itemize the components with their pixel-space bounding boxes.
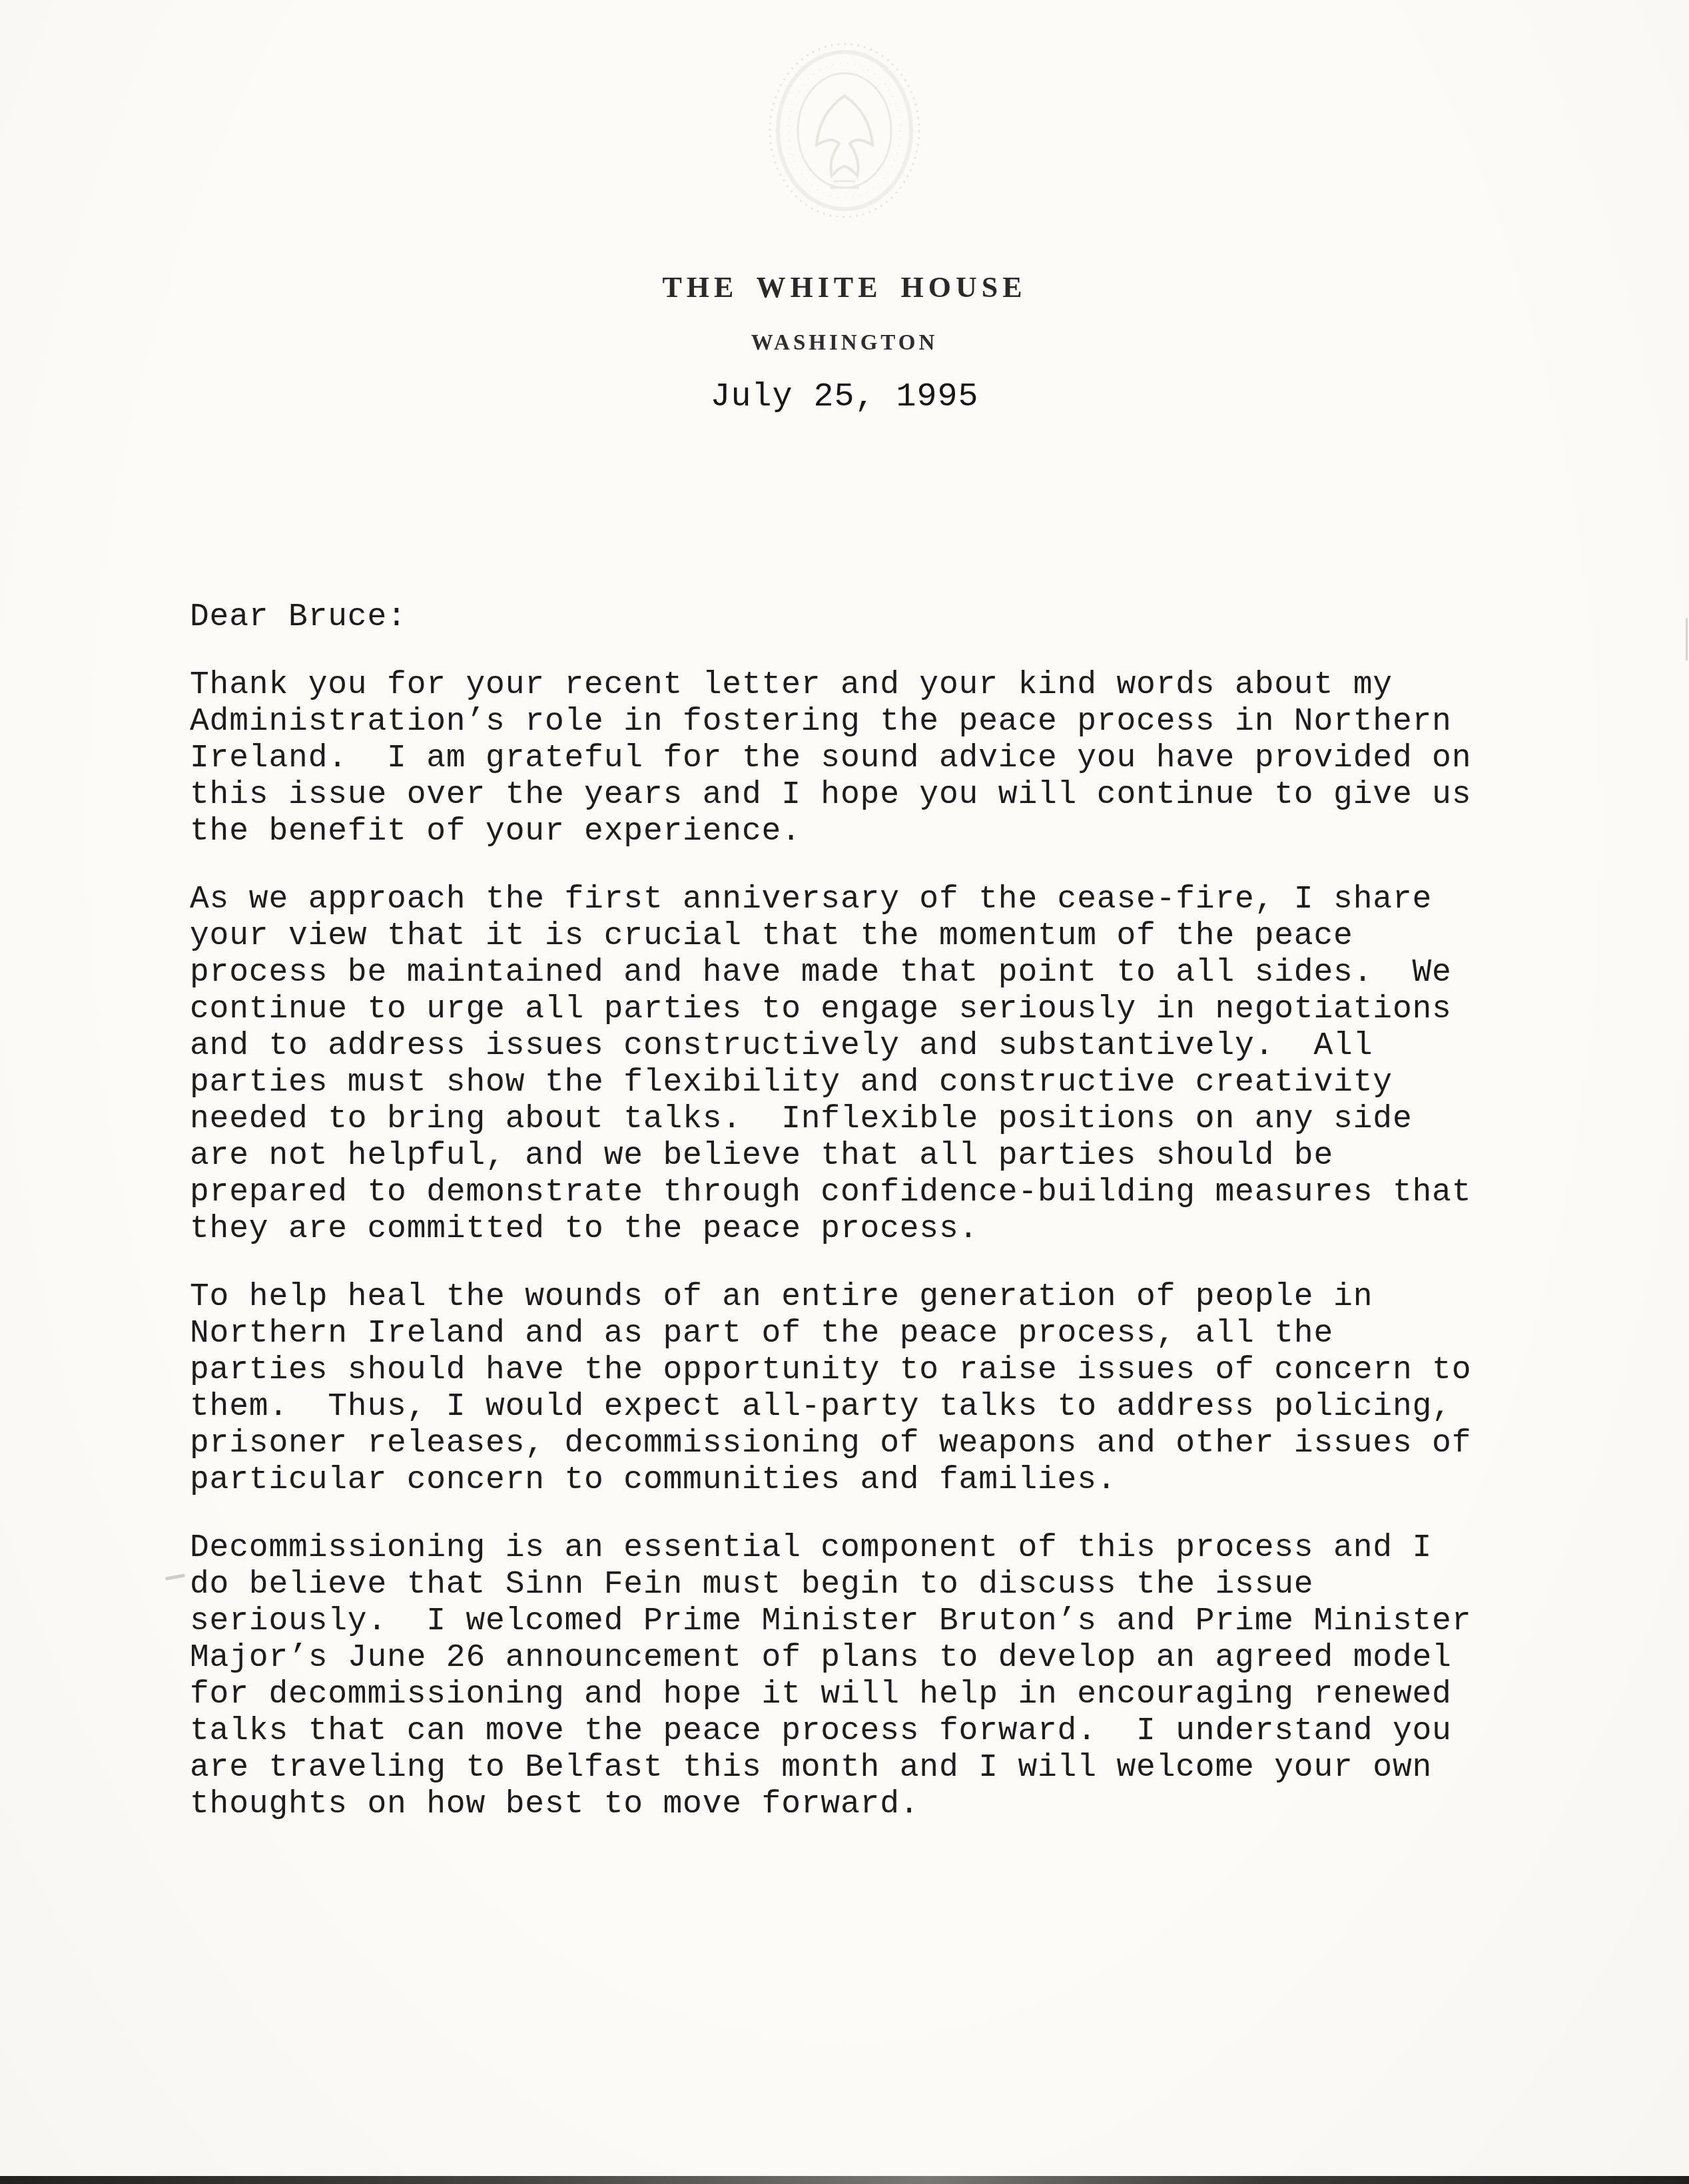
paragraph-1: Thank you for your recent letter and you…: [190, 667, 1575, 850]
letterhead-subtitle: WASHINGTON: [0, 331, 1689, 356]
paragraph-3: To help heal the wounds of an entire gen…: [190, 1279, 1575, 1499]
letter-body: Dear Bruce: Thank you for your recent le…: [190, 599, 1575, 1823]
scanned-letter-page: THE WHITE HOUSE WASHINGTON July 25, 1995…: [0, 0, 1689, 2184]
scan-artifact-dash: [165, 1573, 185, 1580]
salutation: Dear Bruce:: [190, 599, 1575, 636]
letter-date: July 25, 1995: [0, 378, 1689, 416]
paragraph-4: Decommissioning is an essential componen…: [190, 1530, 1575, 1823]
presidential-seal-embossed-icon: [765, 39, 924, 222]
seal-eagle-graphic: [765, 39, 924, 222]
paragraph-2: As we approach the first anniversary of …: [190, 882, 1575, 1248]
scan-bottom-edge: [0, 2176, 1689, 2184]
scan-artifact-right-tick: [1686, 618, 1688, 661]
letterhead-title: THE WHITE HOUSE: [0, 270, 1689, 304]
